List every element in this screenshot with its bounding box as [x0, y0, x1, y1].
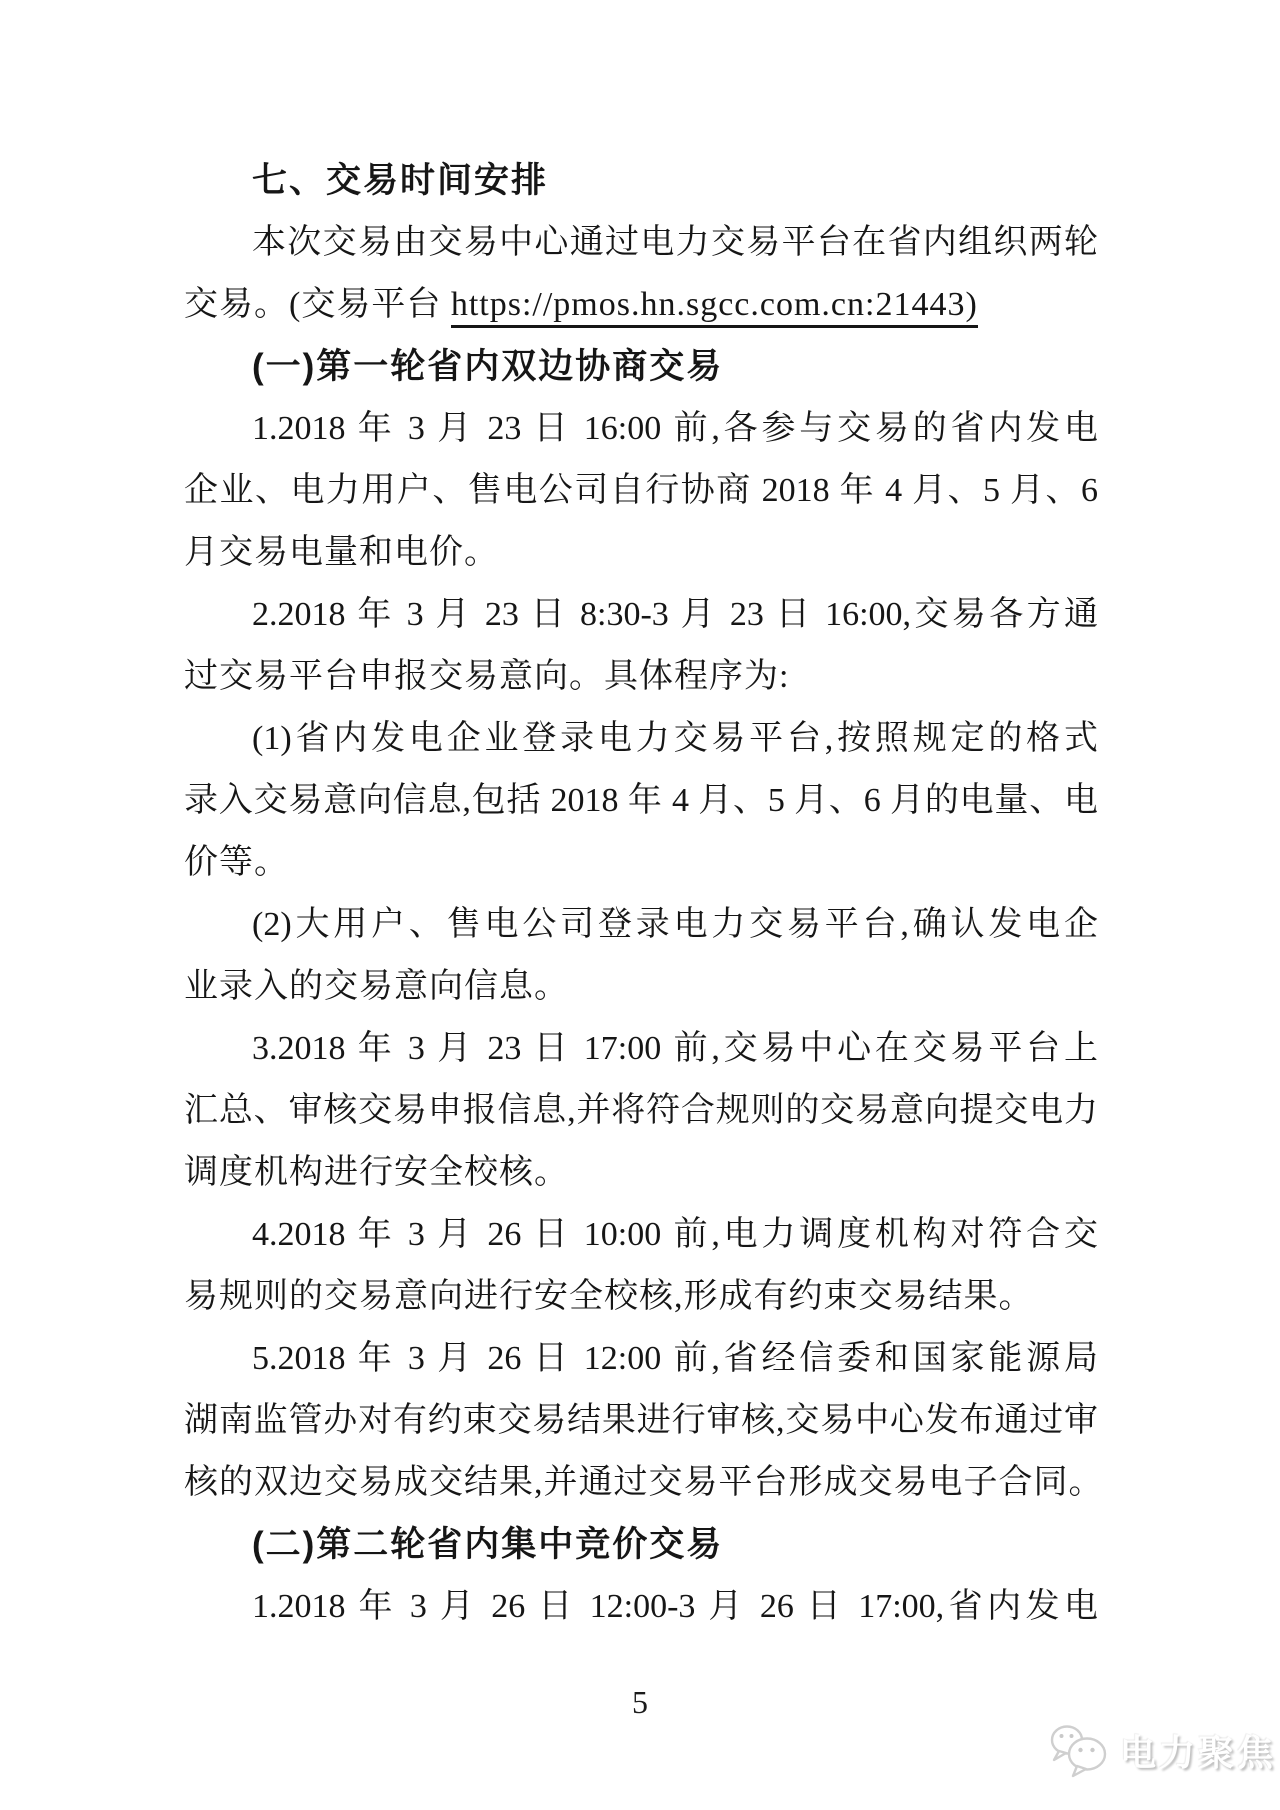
- text-line: 交易。(交易平台 https://pmos.hn.sgcc.com.cn:214…: [184, 274, 1098, 336]
- wechat-icon: [1046, 1720, 1112, 1780]
- text-segment: 交易。(交易平台: [184, 286, 451, 323]
- watermark-text: 电力聚焦: [1120, 1725, 1276, 1776]
- text-line: 价等。: [184, 832, 1098, 894]
- text-line: 4.2018 年 3 月 26 日 10:00 前,电力调度机构对符合交: [184, 1204, 1098, 1266]
- text-line: 汇总、审核交易申报信息,并将符合规则的交易意向提交电力: [184, 1080, 1098, 1142]
- page-number: 5: [0, 1684, 1280, 1721]
- text-line: 企业、电力用户、售电公司自行协商 2018 年 4 月、5 月、6: [184, 460, 1098, 522]
- text-line: 月交易电量和电价。: [184, 522, 1098, 584]
- text-line: 易规则的交易意向进行安全校核,形成有约束交易结果。: [184, 1266, 1098, 1328]
- section-heading: (一)第一轮省内双边协商交易: [184, 336, 1098, 398]
- section-heading: 七、交易时间安排: [184, 150, 1098, 212]
- text-line: 录入交易意向信息,包括 2018 年 4 月、5 月、6 月的电量、电: [184, 770, 1098, 832]
- text-line: (1)省内发电企业登录电力交易平台,按照规定的格式: [184, 708, 1098, 770]
- text-line: 过交易平台申报交易意向。具体程序为:: [184, 646, 1098, 708]
- text-line: 核的双边交易成交结果,并通过交易平台形成交易电子合同。: [184, 1452, 1098, 1514]
- text-line: 1.2018 年 3 月 23 日 16:00 前,各参与交易的省内发电: [184, 398, 1098, 460]
- text-line: (2)大用户、售电公司登录电力交易平台,确认发电企: [184, 894, 1098, 956]
- text-line: 2.2018 年 3 月 23 日 8:30-3 月 23 日 16:00,交易…: [184, 584, 1098, 646]
- text-line: 1.2018 年 3 月 26 日 12:00-3 月 26 日 17:00,省…: [184, 1576, 1098, 1638]
- watermark: 电力聚焦: [1046, 1720, 1276, 1780]
- text-line: 调度机构进行安全校核。: [184, 1142, 1098, 1204]
- text-line: 本次交易由交易中心通过电力交易平台在省内组织两轮: [184, 212, 1098, 274]
- text-line: 5.2018 年 3 月 26 日 12:00 前,省经信委和国家能源局: [184, 1328, 1098, 1390]
- document-body: 七、交易时间安排本次交易由交易中心通过电力交易平台在省内组织两轮交易。(交易平台…: [184, 150, 1098, 1638]
- platform-url-link[interactable]: https://pmos.hn.sgcc.com.cn:21443): [451, 286, 978, 328]
- text-line: 3.2018 年 3 月 23 日 17:00 前,交易中心在交易平台上: [184, 1018, 1098, 1080]
- section-heading: (二)第二轮省内集中竞价交易: [184, 1514, 1098, 1576]
- text-line: 业录入的交易意向信息。: [184, 956, 1098, 1018]
- text-line: 湖南监管办对有约束交易结果进行审核,交易中心发布通过审: [184, 1390, 1098, 1452]
